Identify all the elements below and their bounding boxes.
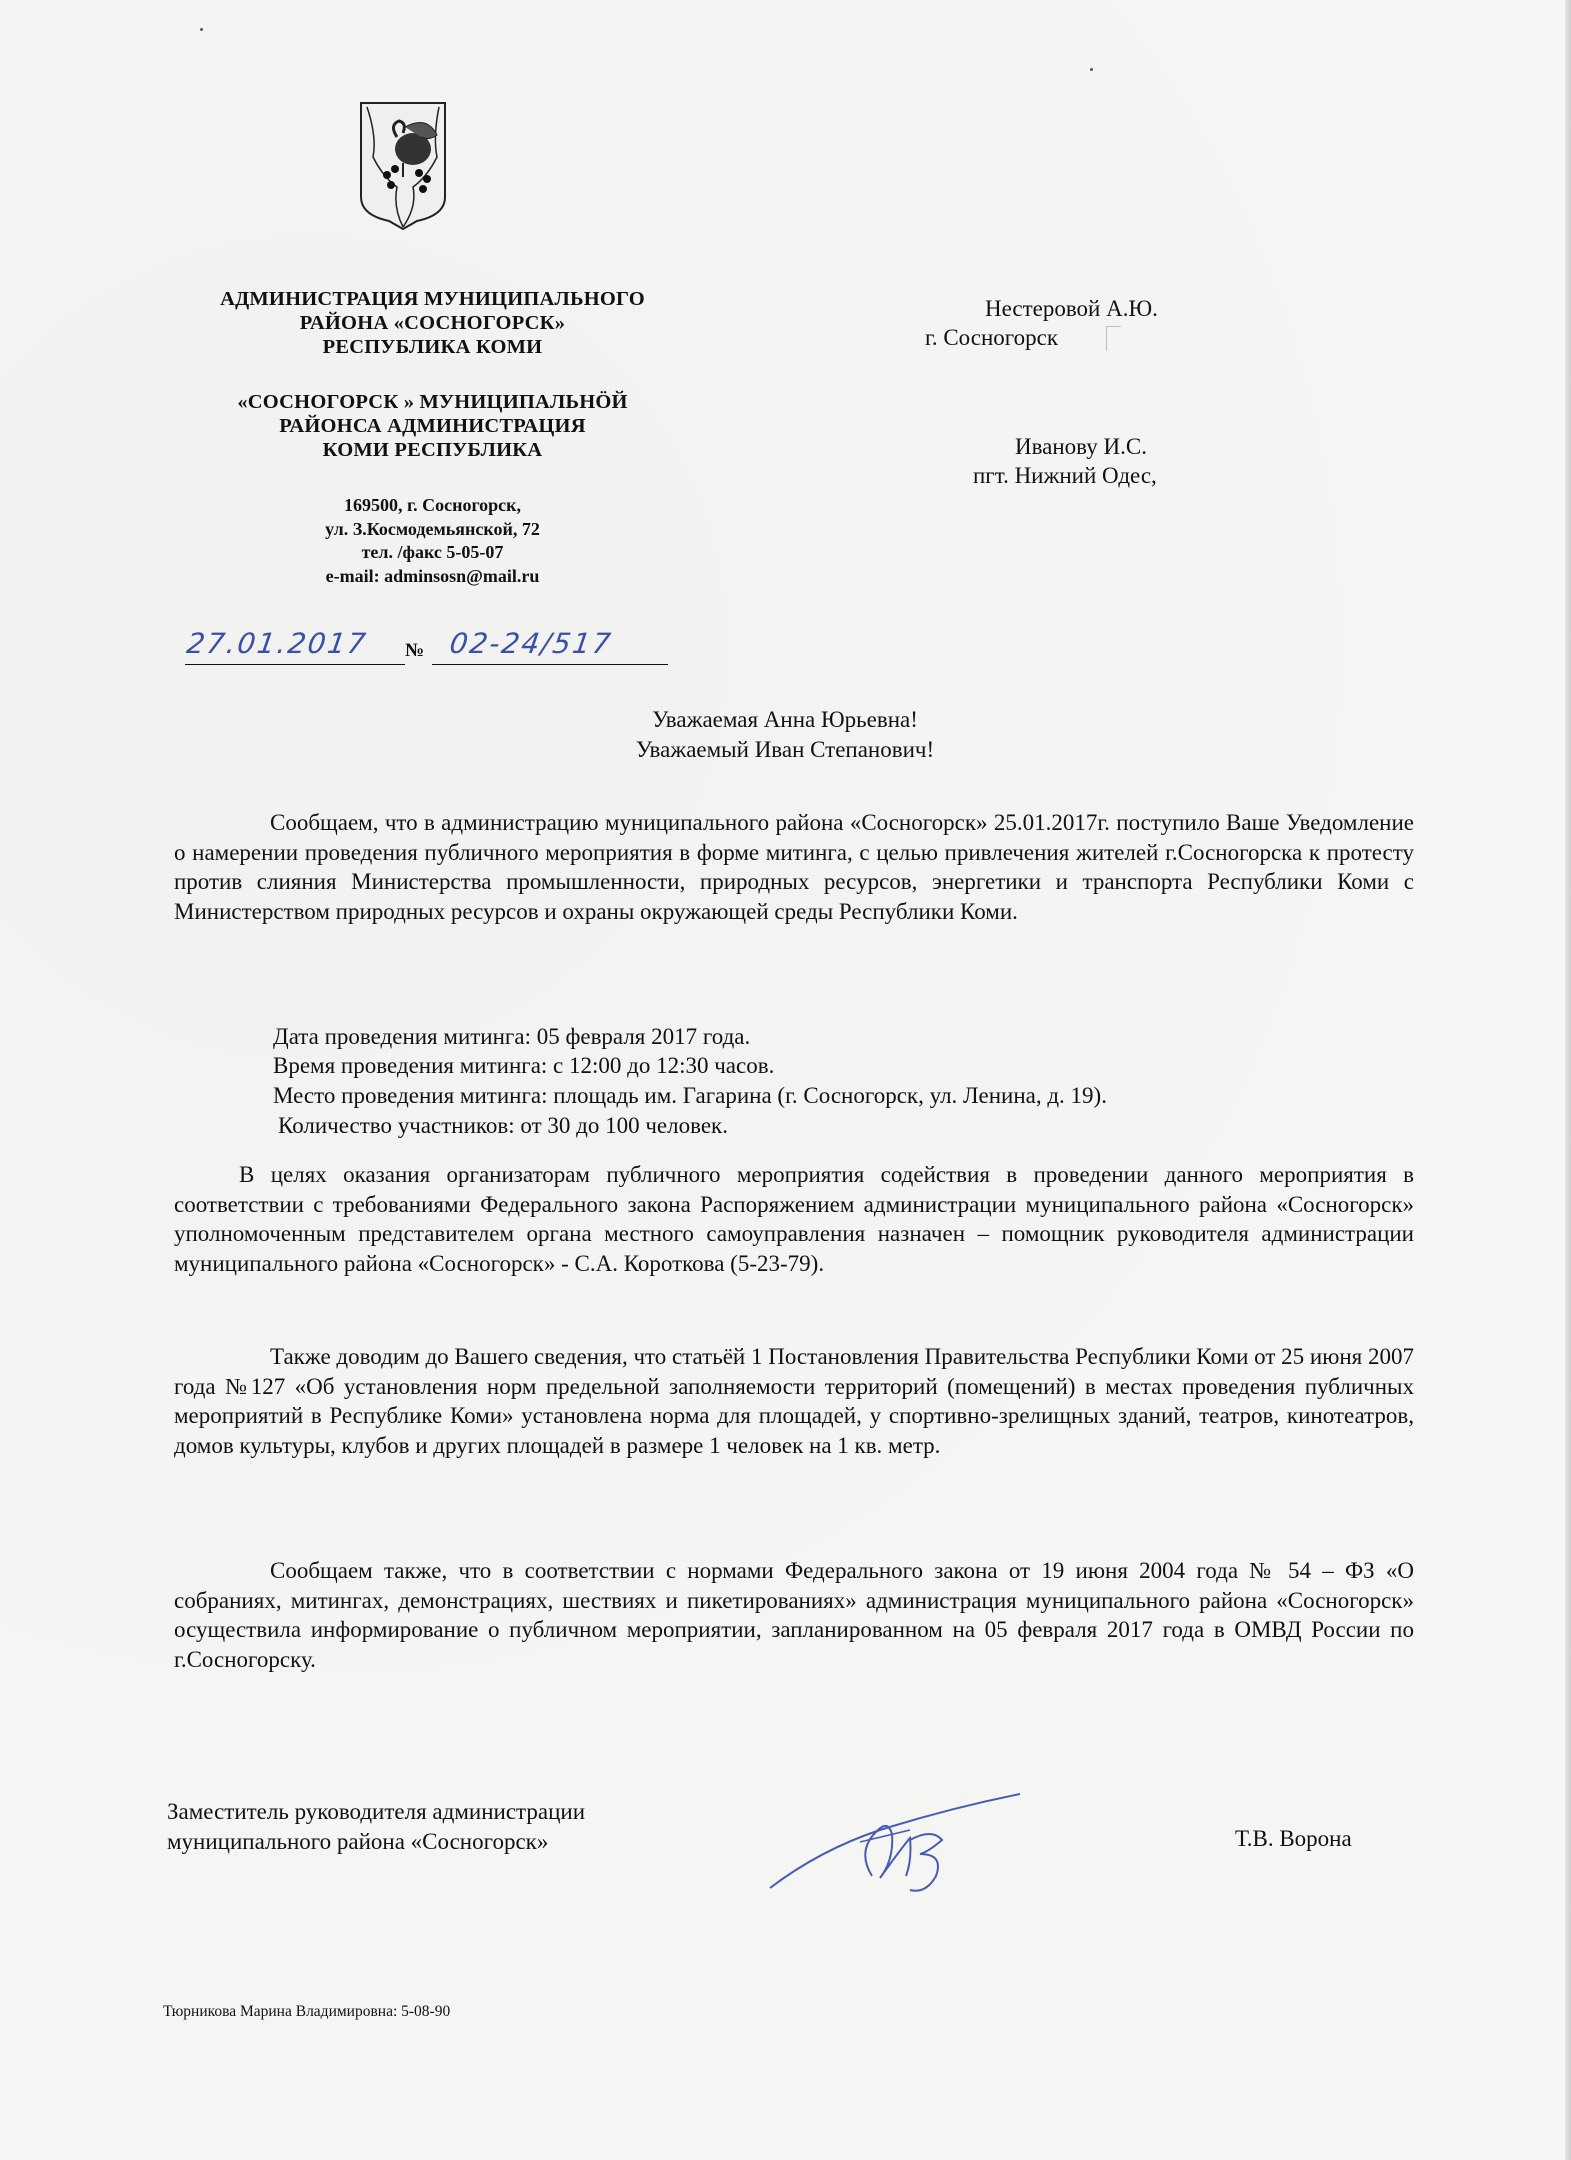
paragraph-occupancy-norm: Также доводим до Вашего сведения, что ст… (174, 1342, 1414, 1460)
address-line: тел. /факс 5-05-07 (160, 541, 705, 565)
rally-participants: Количество участников: от 30 до 100 чело… (278, 1113, 728, 1139)
rally-time: Время проведения митинга: с 12:00 до 12:… (273, 1053, 774, 1079)
page-edge-shadow (1565, 0, 1571, 2160)
signatory-title-line: муниципального района «Сосногорск» (167, 1827, 585, 1857)
registration-date-field: 27.01.2017 (185, 618, 405, 665)
redaction-mark (1106, 326, 1121, 351)
org-line: КОМИ РЕСПУБЛИКА (160, 438, 705, 462)
signatory-title: Заместитель руководителя администрации м… (167, 1797, 585, 1857)
registration-number-field: 02-24/517 (432, 618, 668, 665)
scanned-letter-page: АДМИНИСТРАЦИЯ МУНИЦИПАЛЬНОГО РАЙОНА «СОС… (0, 0, 1571, 2160)
org-line: РЕСПУБЛИКА КОМИ (160, 335, 705, 359)
address-line: 169500, г. Сосногорск, (160, 494, 705, 518)
org-line: АДМИНИСТРАЦИЯ МУНИЦИПАЛЬНОГО (160, 287, 705, 311)
signatory-name: Т.В. Ворона (1235, 1826, 1352, 1852)
handwritten-number: 02-24/517 (448, 627, 615, 660)
signatory-title-line: Заместитель руководителя администрации (167, 1797, 585, 1827)
address-line: ул. З.Космодемьянской, 72 (160, 518, 705, 542)
paragraph-police-informed: Сообщаем также, что в соответствии с нор… (174, 1556, 1414, 1674)
salutation-1: Уважаемая Анна Юрьевна! (170, 705, 1400, 735)
recipient-2-city: пгт. Нижний Одес, (973, 461, 1157, 490)
coat-of-arms-icon (357, 97, 449, 232)
executor-contact: Тюрникова Марина Владимировна: 5-08-90 (163, 2003, 450, 2021)
email-line: e-mail: adminsosn@mail.ru (160, 565, 705, 589)
paragraph-notification: Сообщаем, что в администрацию муниципаль… (174, 808, 1414, 926)
org-line: «СОСНОГОРСК » МУНИЦИПАЛЬНÖЙ (160, 390, 705, 414)
org-line: РАЙОНА «СОСНОГОРСК» (160, 311, 705, 335)
recipient-1-city: г. Сосногорск (925, 323, 1058, 352)
rally-place: Место проведения митинга: площадь им. Га… (273, 1083, 1107, 1109)
handwritten-date: 27.01.2017 (185, 627, 370, 660)
recipient-2-name: Иванову И.С. (1015, 432, 1147, 461)
org-name-komi: «СОСНОГОРСК » МУНИЦИПАЛЬНÖЙ РАЙОНСА АДМИ… (160, 390, 705, 462)
scan-speck (1090, 68, 1093, 71)
scan-speck (200, 28, 203, 31)
org-name-russian: АДМИНИСТРАЦИЯ МУНИЦИПАЛЬНОГО РАЙОНА «СОС… (160, 287, 705, 359)
number-sign: № (405, 640, 424, 662)
salutation-2: Уважаемый Иван Степанович! (170, 735, 1400, 765)
org-address: 169500, г. Сосногорск, ул. З.Космодемьян… (160, 494, 705, 588)
rally-date: Дата проведения митинга: 05 февраля 2017… (273, 1024, 750, 1050)
org-line: РАЙОНСА АДМИНИСТРАЦИЯ (160, 414, 705, 438)
recipient-1-name: Нестеровой А.Ю. (985, 294, 1158, 323)
handwritten-signature-icon (760, 1790, 1030, 1900)
paragraph-representative: В целях оказания организаторам публичног… (174, 1160, 1414, 1278)
